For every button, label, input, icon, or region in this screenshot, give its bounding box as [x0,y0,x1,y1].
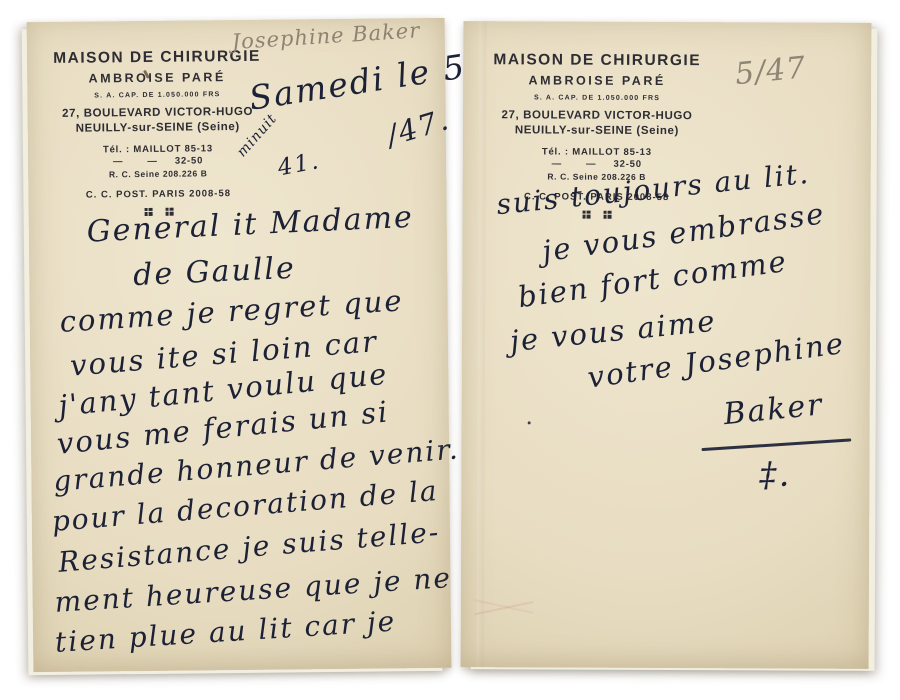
letterhead: MAISON DE CHIRURGIE AMBROISE PARÉ S. A. … [53,48,263,217]
letterhead-capital: S. A. CAP. DE 1.050.000 FRS [53,91,261,100]
letterhead-telephone: Tél. : MAILLOT 85-13 [493,146,701,158]
handwriting-line: de Gaulle [133,254,297,291]
ink-dot [528,421,531,424]
letterhead-address-line2: NEUILLY-sur-SEINE (Seine) [54,120,262,137]
letterhead-address: 27, BOULEVARD VICTOR-HUGO NEUILLY-sur-SE… [53,105,261,137]
date-line: Samedi le 5/ [247,47,481,114]
letterhead-address-line2: NEUILLY-sur-SEINE (Seine) [493,123,701,139]
letterhead-telephone2: — — 32-50 [54,155,262,168]
signature-mark: ‡. [759,457,792,492]
letterhead-subname: AMBROISE PARÉ [493,73,701,88]
letter-page-2: MAISON DE CHIRURGIE AMBROISE PARÉ S. A. … [461,21,872,669]
letterhead-postal-account: C. C. POST. PARIS 2008-58 [54,188,262,201]
letterhead-name: MAISON DE CHIRURGIE [493,51,701,70]
letter-scan: MAISON DE CHIRURGIE AMBROISE PARÉ S. A. … [0,0,900,700]
checker-square-icon [603,211,611,219]
letterhead-telephone2: — — 32-50 [493,158,701,170]
date-year: /47. [384,105,454,151]
pencil-annotation-name: Josephine Baker [231,20,421,53]
letterhead-telephone: Tél. : MAILLOT 85-13 [54,143,262,156]
signature-line: Baker [722,390,825,430]
pencil-annotation-date: 5/47 [734,53,808,90]
signature-underline [701,438,851,451]
letterhead-registry: R. C. Seine 208.226 B [54,168,262,180]
letterhead-address-line1: 27, BOULEVARD VICTOR-HUGO [493,108,701,124]
letter-page-1: MAISON DE CHIRURGIE AMBROISE PARÉ S. A. … [27,18,452,672]
letterhead-subname: AMBROISE PARÉ [53,70,261,86]
letterhead-address: 27, BOULEVARD VICTOR-HUGO NEUILLY-sur-SE… [493,108,701,139]
date-note-number: 41. [276,150,322,180]
letterhead-capital: S. A. CAP. DE 1.050.000 FRS [493,94,701,102]
paper-crease [477,21,487,667]
letterhead-name: MAISON DE CHIRURGIE [53,48,261,68]
